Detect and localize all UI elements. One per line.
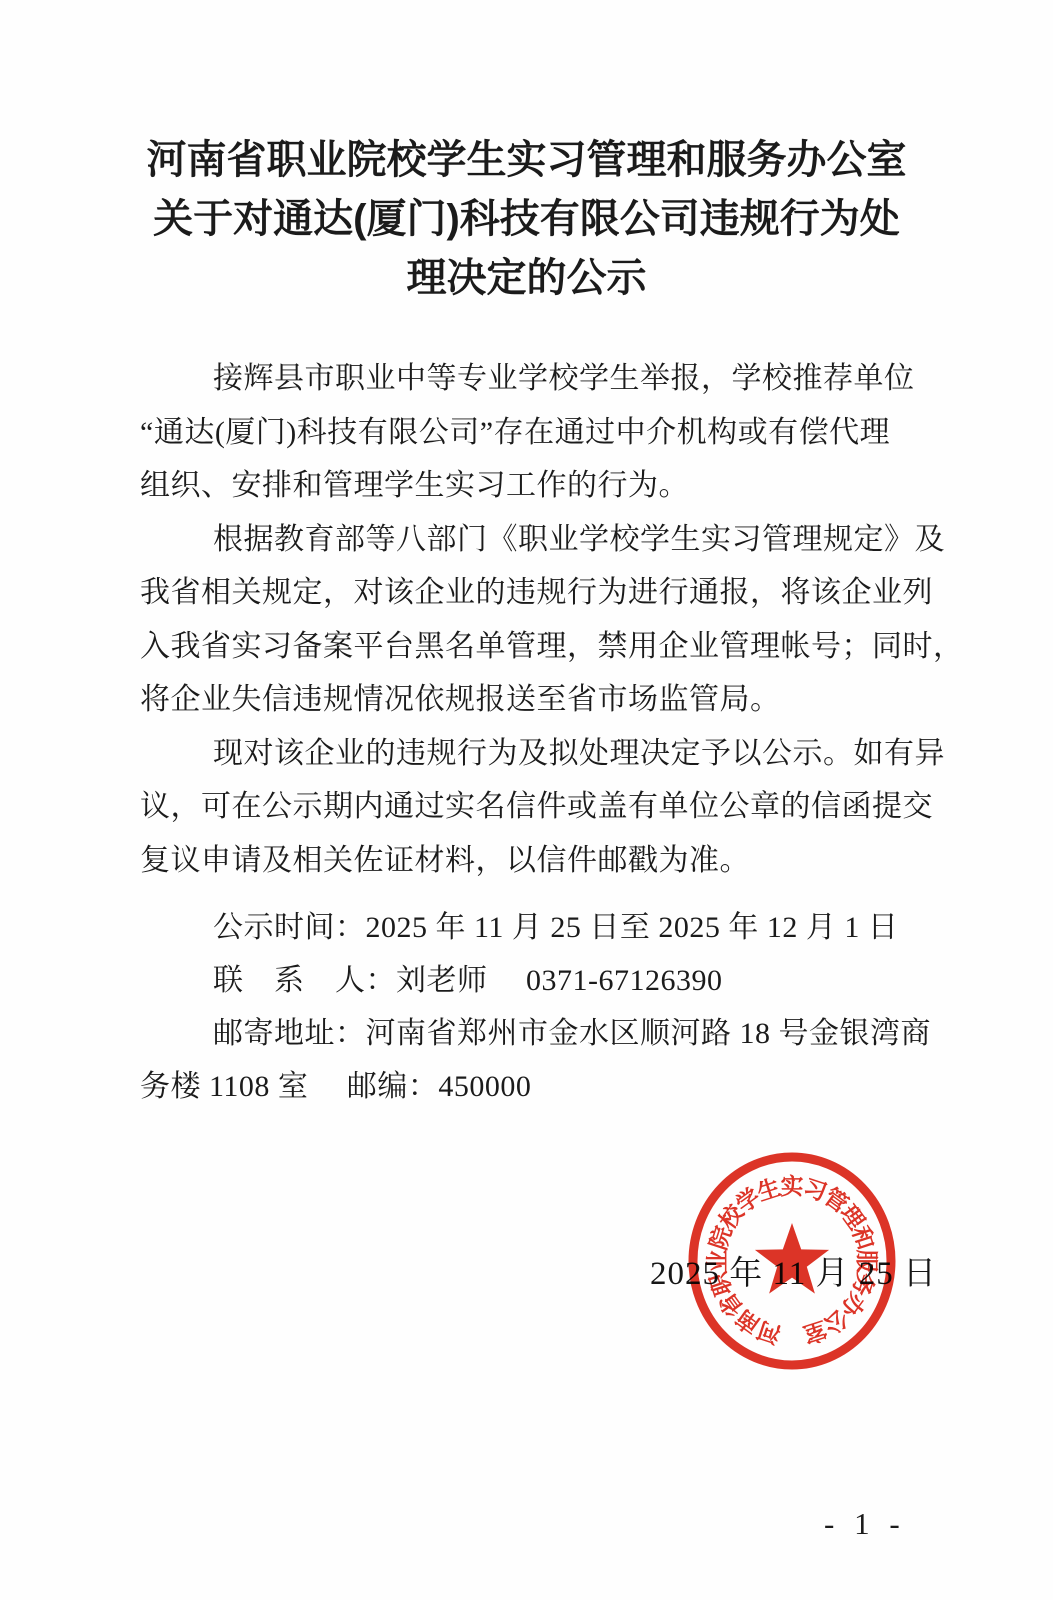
address-line-2: 务楼 1108 室 邮编：450000	[140, 1060, 910, 1113]
contact-info: 公示时间：2025 年 11 月 25 日至 2025 年 12 月 1 日 联…	[140, 901, 910, 1113]
document-body: 接辉县市职业中等专业学校学生举报，学校推荐单位 “通达(厦门)科技有限公司”存在…	[140, 352, 910, 887]
paragraph-3-line-3: 复议申请及相关佐证材料，以信件邮戳为准。	[140, 834, 910, 888]
page-number: - 1 -	[824, 1506, 906, 1542]
star-icon	[755, 1223, 829, 1294]
contact-line: 联 系 人：刘老师 0371-67126390	[140, 954, 910, 1007]
svg-text:实: 实	[781, 1173, 804, 1199]
paragraph-1-line-2: “通达(厦门)科技有限公司”存在通过中介机构或有偿代理	[140, 406, 910, 460]
document-title-line-1: 河南省职业院校学生实习管理和服务办公室	[0, 131, 1053, 190]
notice-period-line: 公示时间：2025 年 11 月 25 日至 2025 年 12 月 1 日	[140, 901, 910, 954]
paragraph-3-line-2: 议，可在公示期内通过实名信件或盖有单位公章的信函提交	[140, 780, 910, 834]
paragraph-1-line-3: 组织、安排和管理学生实习工作的行为。	[140, 459, 910, 513]
address-line-1: 邮寄地址：河南省郑州市金水区顺河路 18 号金银湾商	[140, 1007, 910, 1060]
paragraph-2-line-1: 根据教育部等八部门《职业学校学生实习管理规定》及	[140, 513, 910, 567]
paragraph-2-line-3: 入我省实习备案平台黑名单管理，禁用企业管理帐号；同时，	[140, 620, 910, 674]
paragraph-1-line-1: 接辉县市职业中等专业学校学生举报，学校推荐单位	[140, 352, 910, 406]
document-title-line-2: 关于对通达(厦门)科技有限公司违规行为处	[0, 190, 1053, 249]
document-title-line-3: 理决定的公示	[0, 249, 1053, 308]
paragraph-2-line-2: 我省相关规定，对该企业的违规行为进行通报，将该企业列	[140, 566, 910, 620]
document-title: 河南省职业院校学生实习管理和服务办公室 关于对通达(厦门)科技有限公司违规行为处…	[0, 131, 1053, 308]
paragraph-2-line-4: 将企业失信违规情况依规报送至省市场监管局。	[140, 673, 910, 727]
paragraph-3-line-1: 现对该企业的违规行为及拟处理决定予以公示。如有异	[140, 727, 910, 781]
official-seal: 河南省职业院校学生实习管理和服务办公室	[686, 1150, 898, 1372]
document-page: 河南省职业院校学生实习管理和服务办公室 关于对通达(厦门)科技有限公司违规行为处…	[0, 0, 1053, 1600]
svg-text:业: 业	[704, 1250, 730, 1273]
svg-text:服: 服	[854, 1250, 880, 1273]
